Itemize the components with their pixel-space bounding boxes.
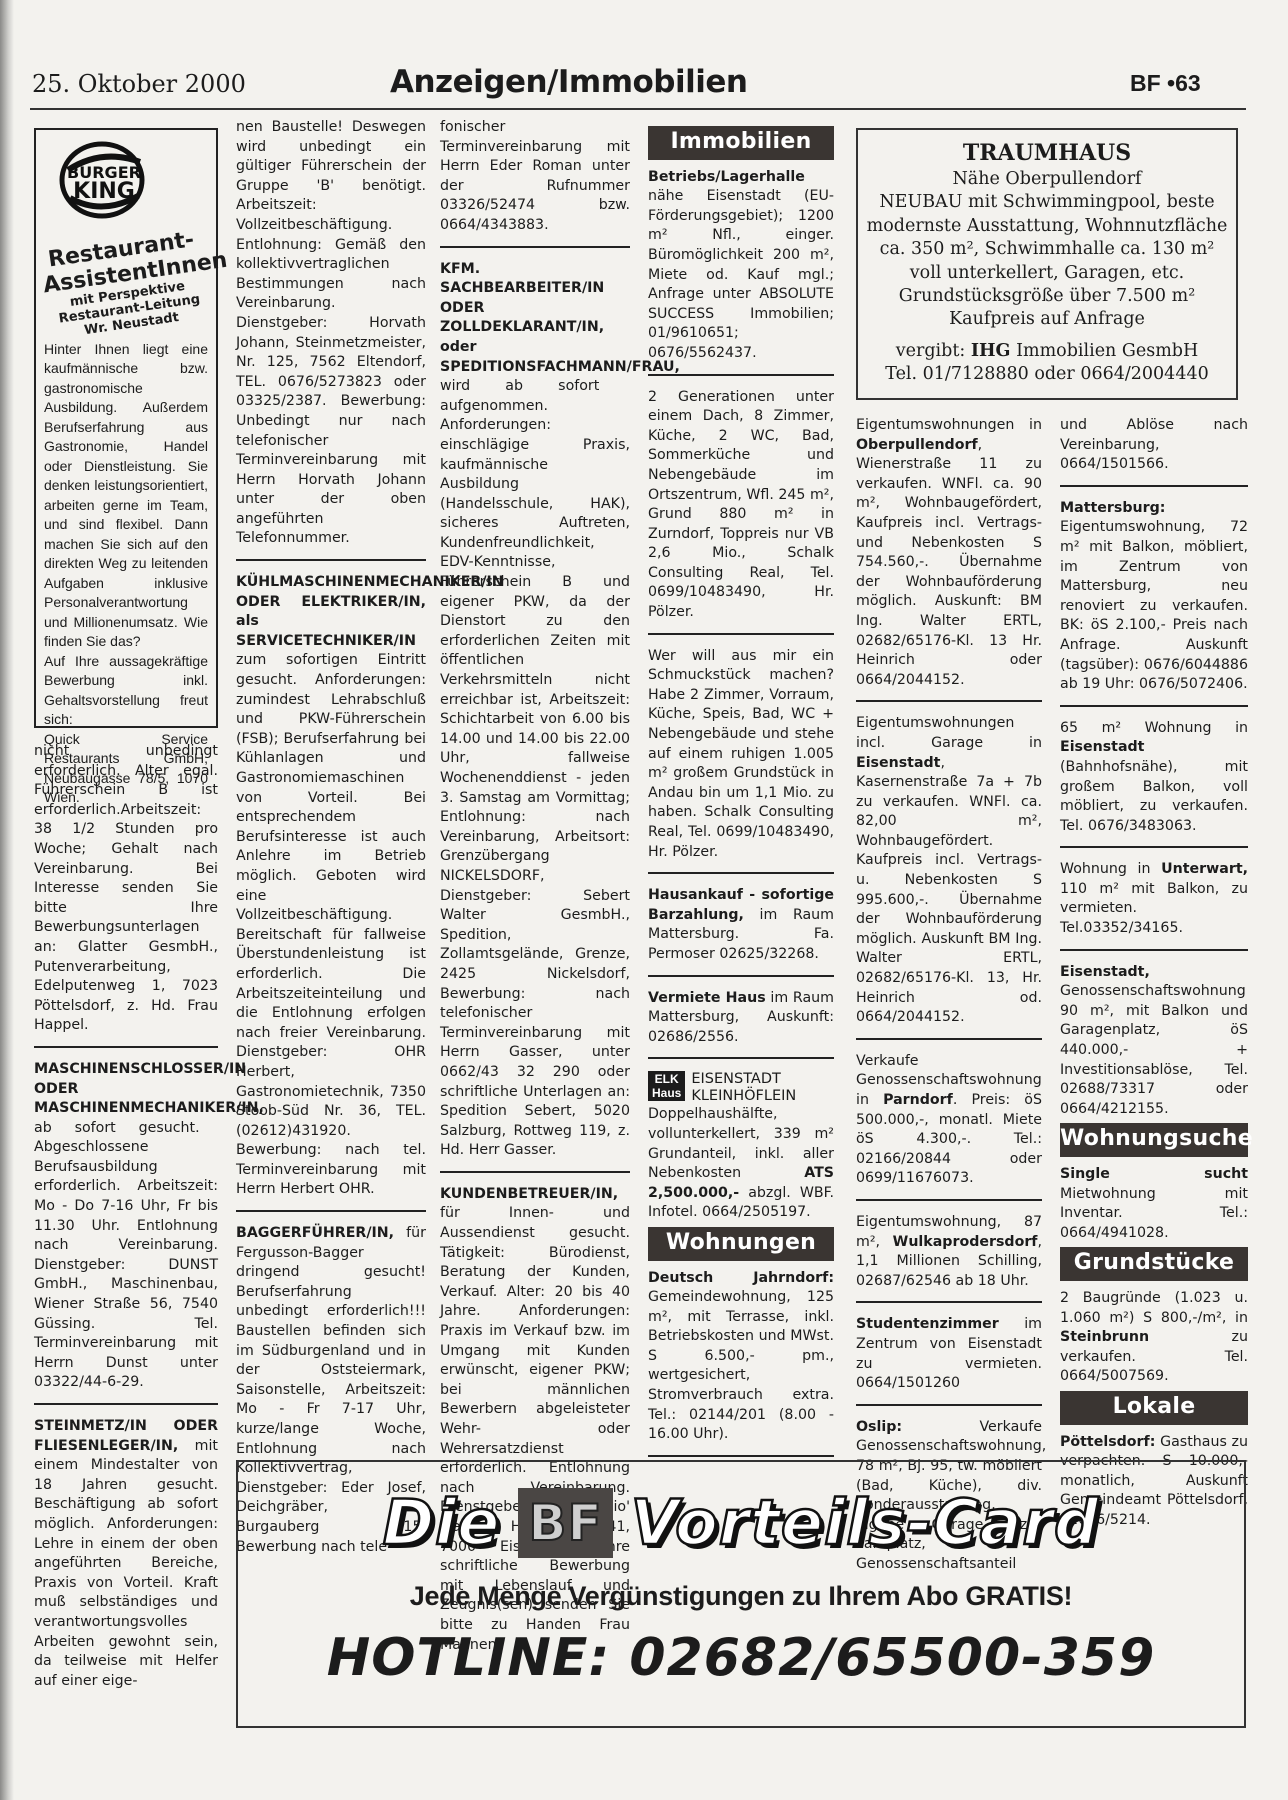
classified-ad: nicht unbedingt erforderlich. Alter egal… — [34, 742, 218, 1036]
ad-divider — [648, 1455, 834, 1457]
column-4: Immobilien Betriebs/Lagerhalle nähe Eise… — [648, 122, 834, 1469]
classified-ad: Eisenstadt, Genossenschaftswohnung 90 m²… — [1060, 963, 1248, 1120]
section-header-grundstuecke: Grundstücke — [1060, 1247, 1248, 1281]
ad-divider — [34, 1046, 218, 1048]
section-header-lokale: Lokale — [1060, 1391, 1248, 1425]
classified-ad: Hausankauf - sofortige Barzahlung, im Ra… — [648, 886, 834, 964]
classified-ad: MASCHINENSCHLOSSER/IN ODER MASCHINENMECH… — [34, 1060, 218, 1393]
column-6: und Ablöse nach Vereinbarung, 0664/15015… — [1060, 416, 1248, 1531]
classified-ad: und Ablöse nach Vereinbarung, 0664/15015… — [1060, 416, 1248, 475]
traumhaus-line: NEUBAU mit Schwimmingpool, beste — [858, 191, 1236, 214]
svg-text:KING: KING — [73, 179, 135, 204]
classified-ad: nen Baustelle! Deswegen wird unbedingt e… — [236, 118, 426, 549]
classified-ad: STEINMETZ/IN ODER FLIESENLEGER/IN, mit e… — [34, 1417, 218, 1691]
classified-ad: KÜHLMASCHINENMECHANIKER/IN ODER ELEKTRIK… — [236, 573, 426, 1200]
ad-divider — [856, 1301, 1042, 1303]
classified-ad: Wohnung in Unterwart, 110 m² mit Balkon,… — [1060, 860, 1248, 938]
classified-ad: Mattersburg: Eigentumswohnung, 72 m² mit… — [1060, 499, 1248, 695]
issue-date: 25. Oktober 2000 — [32, 70, 246, 98]
classified-ad: fonischer Terminvereinbarung mit Herrn E… — [440, 118, 630, 236]
column-5: Eigentumswohnungen in Oberpullendorf, Wi… — [856, 416, 1042, 1574]
classified-ad: Studentenzimmer im Zentrum von Eisenstad… — [856, 1315, 1042, 1393]
classified-ad: 2 Baugründe (1.023 u. 1.060 m²) S 800,-/… — [1060, 1289, 1248, 1387]
traumhaus-line: voll unterkellert, Garagen, etc. — [858, 262, 1236, 285]
elk-haus-title: EISENSTADTKLEINHÖFLEIN — [691, 1071, 796, 1105]
ad-divider — [236, 1210, 426, 1212]
ad-divider — [648, 633, 834, 635]
ad-divider — [236, 559, 426, 561]
classified-ad: 65 m² Wohnung in Eisenstadt (Bahnhofsnäh… — [1060, 719, 1248, 837]
classified-ad: Eigentumswohnungen incl. Garage in Eisen… — [856, 714, 1042, 1028]
bf-logo-icon: BF — [518, 1488, 612, 1558]
classified-ad: Verkaufe Genossenschaftswohnung in Parnd… — [856, 1052, 1042, 1189]
ad-divider — [440, 1171, 630, 1173]
burger-king-ad: BURGER KING Restaurant- AssistentInnen m… — [34, 128, 218, 728]
elk-haus-logo-icon: ELKHaus — [648, 1071, 685, 1101]
column-2: nen Baustelle! Deswegen wird unbedingt e… — [236, 118, 426, 1557]
burger-king-headline: Restaurant- AssistentInnen mit Perspekti… — [38, 226, 214, 343]
classified-ad: Eigentumswohnungen in Oberpullendorf, Wi… — [856, 416, 1042, 690]
page-binding-edge — [0, 0, 14, 1800]
classified-ad: Eigentumswohnung, 87 m², Wulkaprodersdor… — [856, 1213, 1042, 1291]
traumhaus-line: ca. 350 m², Schwimmhalle ca. 130 m² — [858, 238, 1236, 261]
ad-divider — [34, 1403, 218, 1405]
vorteils-card-promo: Die BF Vorteils-Card Jede Menge Vergünst… — [236, 1460, 1246, 1728]
ad-divider — [648, 975, 834, 977]
section-header-immobilien: Immobilien — [648, 126, 834, 160]
ad-divider — [856, 1404, 1042, 1406]
section-header-wohnungen: Wohnungen — [648, 1227, 834, 1261]
classified-ad: Betriebs/Lagerhalle nähe Eisenstadt (EU-… — [648, 168, 834, 364]
header-rule — [30, 108, 1246, 110]
column-1: BURGER KING Restaurant- AssistentInnen m… — [34, 128, 218, 1691]
ad-divider — [856, 1199, 1042, 1201]
ad-divider — [648, 374, 834, 376]
traumhaus-phone: Tel. 01/7128880 oder 0664/2004440 — [858, 363, 1236, 386]
classified-ad: 2 Generationen unter einem Dach, 8 Zimme… — [648, 388, 834, 623]
classified-ad: Single sucht Mietwohnung mit Inventar. T… — [1060, 1165, 1248, 1243]
section-title: Anzeigen/Immobilien — [390, 64, 747, 100]
elk-haus-ad: ELKHaus EISENSTADTKLEINHÖFLEIN Doppelhau… — [648, 1071, 834, 1223]
section-header-wohnungsuche: Wohnungsuche — [1060, 1123, 1248, 1157]
classified-ad: Deutsch Jahrndorf: Gemeindewohnung, 125 … — [648, 1269, 834, 1445]
ad-divider — [856, 1038, 1042, 1040]
burger-king-logo-icon: BURGER KING — [58, 140, 150, 220]
traumhaus-line: Grundstücksgröße über 7.500 m² — [858, 285, 1236, 308]
page-number: BF •63 — [1130, 70, 1201, 97]
ad-divider — [1060, 949, 1248, 951]
ad-divider — [1060, 846, 1248, 848]
column-3: fonischer Terminvereinbarung mit Herrn E… — [440, 118, 630, 1655]
ad-divider — [648, 1057, 834, 1059]
traumhaus-ad: TRAUMHAUS Nähe Oberpullendorf NEUBAU mit… — [856, 128, 1238, 400]
traumhaus-line: modernste Ausstattung, Wohnnutzfläche — [858, 215, 1236, 238]
promo-title: Die BF Vorteils-Card — [238, 1486, 1244, 1559]
ad-divider — [1060, 705, 1248, 707]
classified-ad: Wer will aus mir ein Schmuckstück machen… — [648, 647, 834, 863]
promo-hotline: HOTLINE: 02682/65500-359 — [238, 1628, 1244, 1688]
ad-divider — [648, 872, 834, 874]
classified-ad: KFM. SACHBEARBEITER/IN ODER ZOLLDEKLARAN… — [440, 260, 630, 1161]
promo-subtitle: Jede Menge Vergünstigungen zu Ihrem Abo … — [238, 1581, 1244, 1612]
classified-ad: Vermiete Haus im Raum Mattersburg, Ausku… — [648, 989, 834, 1048]
ad-divider — [856, 700, 1042, 702]
ad-divider — [440, 246, 630, 248]
burger-king-body: Hinter Ihnen liegt eine kaufmännische bz… — [44, 340, 208, 808]
traumhaus-vendor: vergibt: IHG Immobilien GesmbH — [858, 340, 1236, 363]
traumhaus-title: TRAUMHAUS — [858, 138, 1236, 168]
traumhaus-location: Nähe Oberpullendorf — [858, 168, 1236, 191]
traumhaus-line: Kaufpreis auf Anfrage — [858, 308, 1236, 331]
ad-divider — [1060, 485, 1248, 487]
